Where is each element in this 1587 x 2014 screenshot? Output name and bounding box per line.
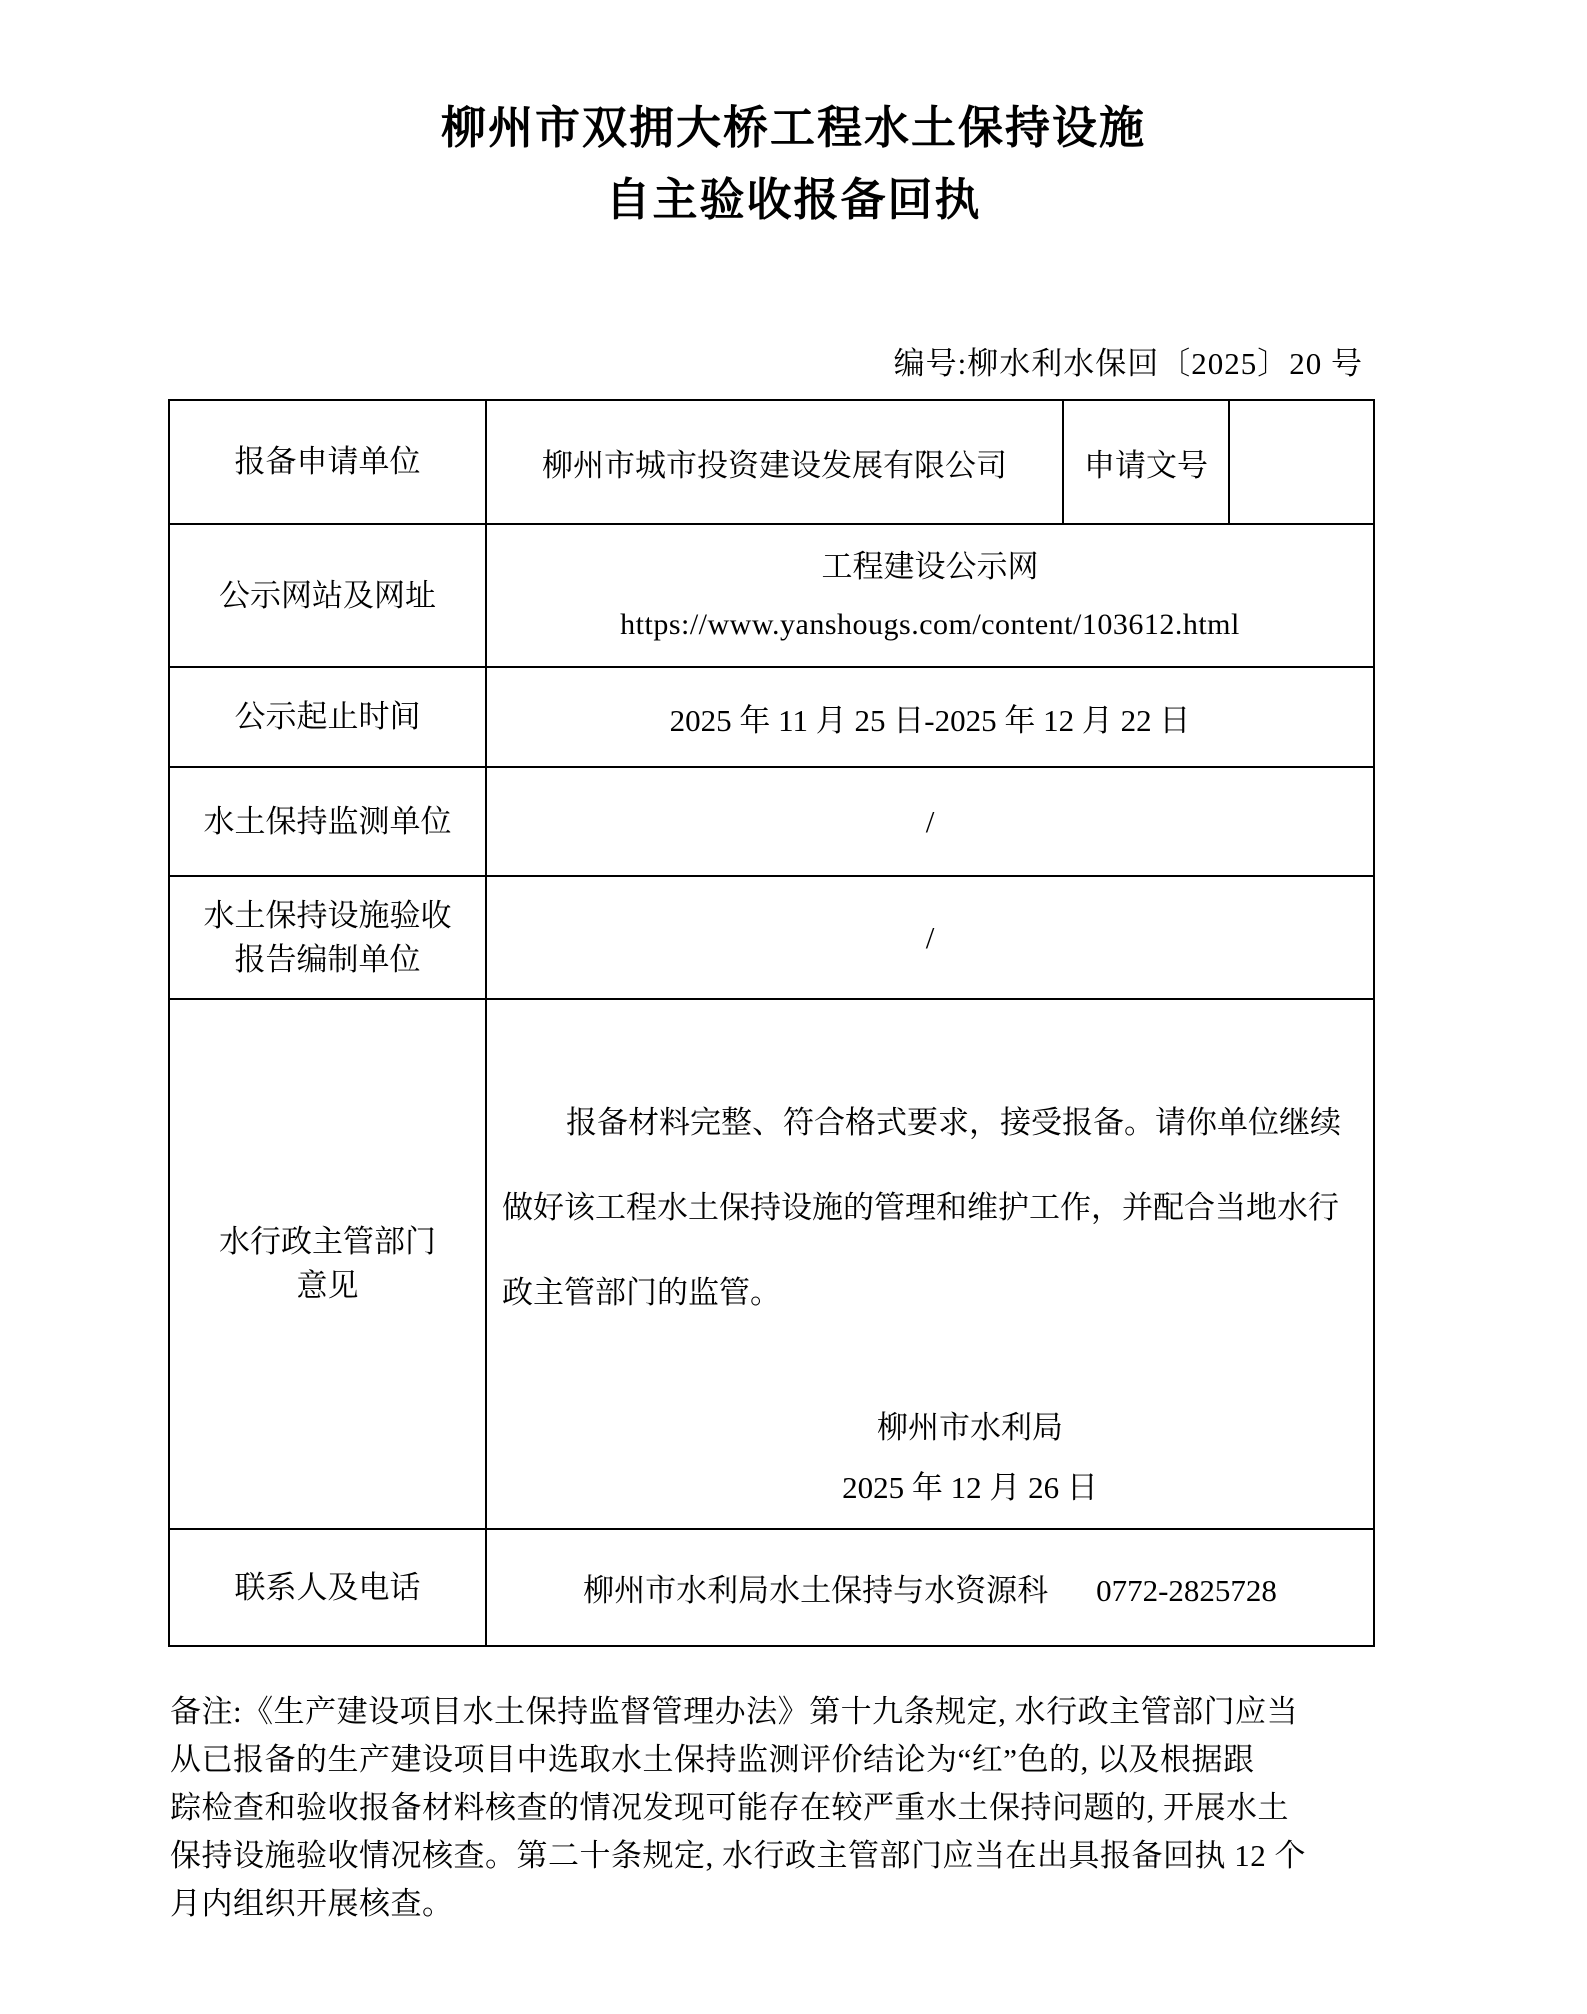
footnote-line-2: 从已报备的生产建设项目中选取水土保持监测评价结论为“红”色的, 以及根据跟 bbox=[170, 1736, 1440, 1784]
contact-label: 联系人及电话 bbox=[169, 1529, 486, 1646]
footnote-line-3: 踪检查和验收报备材料核查的情况发现可能存在较严重水土保持问题的, 开展水土 bbox=[170, 1784, 1440, 1832]
document-title: 柳州市双拥大桥工程水土保持设施 自主验收报备回执 bbox=[0, 92, 1587, 236]
opinion-line-1: 报备材料完整、符合格式要求，接受报备。请你单位继续 bbox=[502, 1080, 1351, 1165]
row-period: 公示起止时间 2025 年 11 月 25 日-2025 年 12 月 22 日 bbox=[169, 667, 1374, 767]
footnote-line-4: 保持设施验收情况核查。第二十条规定, 水行政主管部门应当在出具报备回执 12 个 bbox=[170, 1832, 1440, 1880]
row-contact: 联系人及电话 柳州市水利局水土保持与水资源科0772-2825728 bbox=[169, 1529, 1374, 1646]
signature-authority: 柳州市水利局 bbox=[527, 1405, 1413, 1450]
title-line-2: 自主验收报备回执 bbox=[0, 164, 1587, 236]
opinion-label: 水行政主管部门 意见 bbox=[169, 999, 486, 1529]
contact-department: 柳州市水利局水土保持与水资源科 bbox=[583, 1565, 1048, 1610]
opinion-content: 报备材料完整、符合格式要求，接受报备。请你单位继续 做好该工程水土保持设施的管理… bbox=[486, 999, 1374, 1529]
website-value: 工程建设公示网 https://www.yanshougs.com/conten… bbox=[486, 524, 1374, 667]
contact-phone: 0772-2825728 bbox=[1096, 1573, 1277, 1609]
signature-date: 2025 年 12 月 26 日 bbox=[527, 1465, 1413, 1510]
report-unit-value: / bbox=[486, 876, 1374, 999]
applicant-value: 柳州市城市投资建设发展有限公司 bbox=[486, 400, 1063, 524]
opinion-line-3: 政主管部门的监管。 bbox=[502, 1250, 1351, 1335]
period-value: 2025 年 11 月 25 日-2025 年 12 月 22 日 bbox=[486, 667, 1374, 767]
opinion-line-2: 做好该工程水土保持设施的管理和维护工作，并配合当地水行 bbox=[502, 1165, 1351, 1250]
monitor-label: 水土保持监测单位 bbox=[169, 767, 486, 876]
footnote: 备注:《生产建设项目水土保持监督管理办法》第十九条规定, 水行政主管部门应当 从… bbox=[170, 1688, 1440, 1928]
footnote-line-1: 备注:《生产建设项目水土保持监督管理办法》第十九条规定, 水行政主管部门应当 bbox=[170, 1688, 1440, 1736]
opinion-paragraph: 报备材料完整、符合格式要求，接受报备。请你单位继续 做好该工程水土保持设施的管理… bbox=[487, 1080, 1373, 1335]
signature-block: 柳州市水利局 2025 年 12 月 26 日 bbox=[527, 1405, 1413, 1510]
applicant-label: 报备申请单位 bbox=[169, 400, 486, 524]
doc-no-label: 申请文号 bbox=[1063, 400, 1229, 524]
doc-no-value bbox=[1229, 400, 1374, 524]
period-label: 公示起止时间 bbox=[169, 667, 486, 767]
website-label: 公示网站及网址 bbox=[169, 524, 486, 667]
report-unit-label-line2: 报告编制单位 bbox=[170, 938, 485, 982]
opinion-label-line2: 意见 bbox=[170, 1264, 485, 1308]
doc-number: 编号:柳水利水保回〔2025〕20 号 bbox=[168, 338, 1373, 383]
row-report-unit: 水土保持设施验收 报告编制单位 / bbox=[169, 876, 1374, 999]
contact-value: 柳州市水利局水土保持与水资源科0772-2825728 bbox=[486, 1529, 1374, 1646]
website-url: https://www.yanshougs.com/content/103612… bbox=[487, 596, 1373, 654]
footnote-line-5: 月内组织开展核查。 bbox=[170, 1880, 1440, 1928]
document-page: 柳州市双拥大桥工程水土保持设施 自主验收报备回执 编号:柳水利水保回〔2025〕… bbox=[0, 0, 1587, 2014]
opinion-label-line1: 水行政主管部门 bbox=[170, 1220, 485, 1264]
row-monitor: 水土保持监测单位 / bbox=[169, 767, 1374, 876]
website-site-name: 工程建设公示网 bbox=[487, 538, 1373, 596]
title-line-1: 柳州市双拥大桥工程水土保持设施 bbox=[0, 92, 1587, 164]
row-opinion: 水行政主管部门 意见 报备材料完整、符合格式要求，接受报备。请你单位继续 做好该… bbox=[169, 999, 1374, 1529]
row-website: 公示网站及网址 工程建设公示网 https://www.yanshougs.co… bbox=[169, 524, 1374, 667]
monitor-value: / bbox=[486, 767, 1374, 876]
report-unit-label-line1: 水土保持设施验收 bbox=[170, 894, 485, 938]
report-table: 报备申请单位 柳州市城市投资建设发展有限公司 申请文号 公示网站及网址 工程建设… bbox=[168, 399, 1375, 1647]
row-applicant: 报备申请单位 柳州市城市投资建设发展有限公司 申请文号 bbox=[169, 400, 1374, 524]
report-unit-label: 水土保持设施验收 报告编制单位 bbox=[169, 876, 486, 999]
